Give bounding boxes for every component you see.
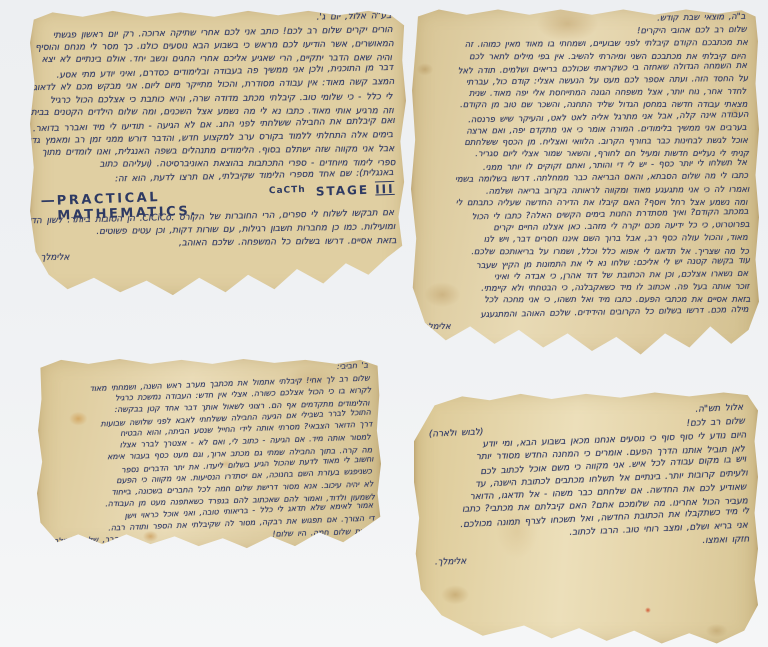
handwritten-line: את מכתבכם הקודם קיבלתי לפני שבועיים, ושמ…: [422, 38, 748, 53]
title-course-code: CaCTh: [269, 185, 306, 196]
letter-text-top-left: בע"ה אלול, יום ג'.הורים יקרים שלום רב לכ…: [38, 13, 395, 268]
letter-scrap-bottom-right: אלול תש"ה.שלום רב לכם!(לבוש ולארה)היום נ…: [414, 390, 758, 646]
stage-numeral: III: [375, 182, 395, 197]
letter-scrap-bottom-left: ב' חביבי:שלום רב לך אחי! קיבלתי אתמול את…: [37, 356, 381, 552]
line-left-part: אלימלך: [41, 252, 70, 265]
line-left-part: אלימלך: [424, 322, 451, 335]
line-left-part: אוהבך, שלך אלימלך: [54, 534, 126, 548]
letter-text-bottom-right: אלול תש"ה.שלום רב לכם!(לבוש ולארה)היום נ…: [428, 404, 750, 572]
letter-text-bottom-left: ב' חביבי:שלום רב לך אחי! קיבלתי אתמול את…: [47, 362, 375, 548]
title-stage: STAGE III: [316, 182, 395, 199]
line-right-part: שלום רב לכם!: [686, 417, 745, 432]
handwritten-line: ואמרו לה כי אני מתגעגע מאוד ומקווה לראות…: [423, 184, 749, 199]
letter-text-top-right: ב"ה, מוצאי שבת קודש.שלום רב לכם אהובי הי…: [420, 13, 749, 333]
line-left-part: אלימלך.: [435, 557, 467, 571]
letter-scrap-top-left: בע"ה אלול, יום ג'.הורים יקרים שלום רב לכ…: [30, 8, 406, 298]
letter-scrap-top-right: ב"ה, מוצאי שבת קודש.שלום רב לכם אהובי הי…: [411, 6, 759, 358]
handwritten-line: אלימלך: [41, 251, 395, 266]
scanner-background: בע"ה אלול, יום ג'.הורים יקרים שלום רב לכ…: [0, 0, 768, 647]
handwritten-line: מאוד, והכול עולה כסף רב, אבל ברוך השם אי…: [422, 233, 748, 248]
title-dash: —: [41, 193, 56, 209]
line-right-part: דרישת שלום חמה. היו שלום!: [272, 526, 376, 541]
